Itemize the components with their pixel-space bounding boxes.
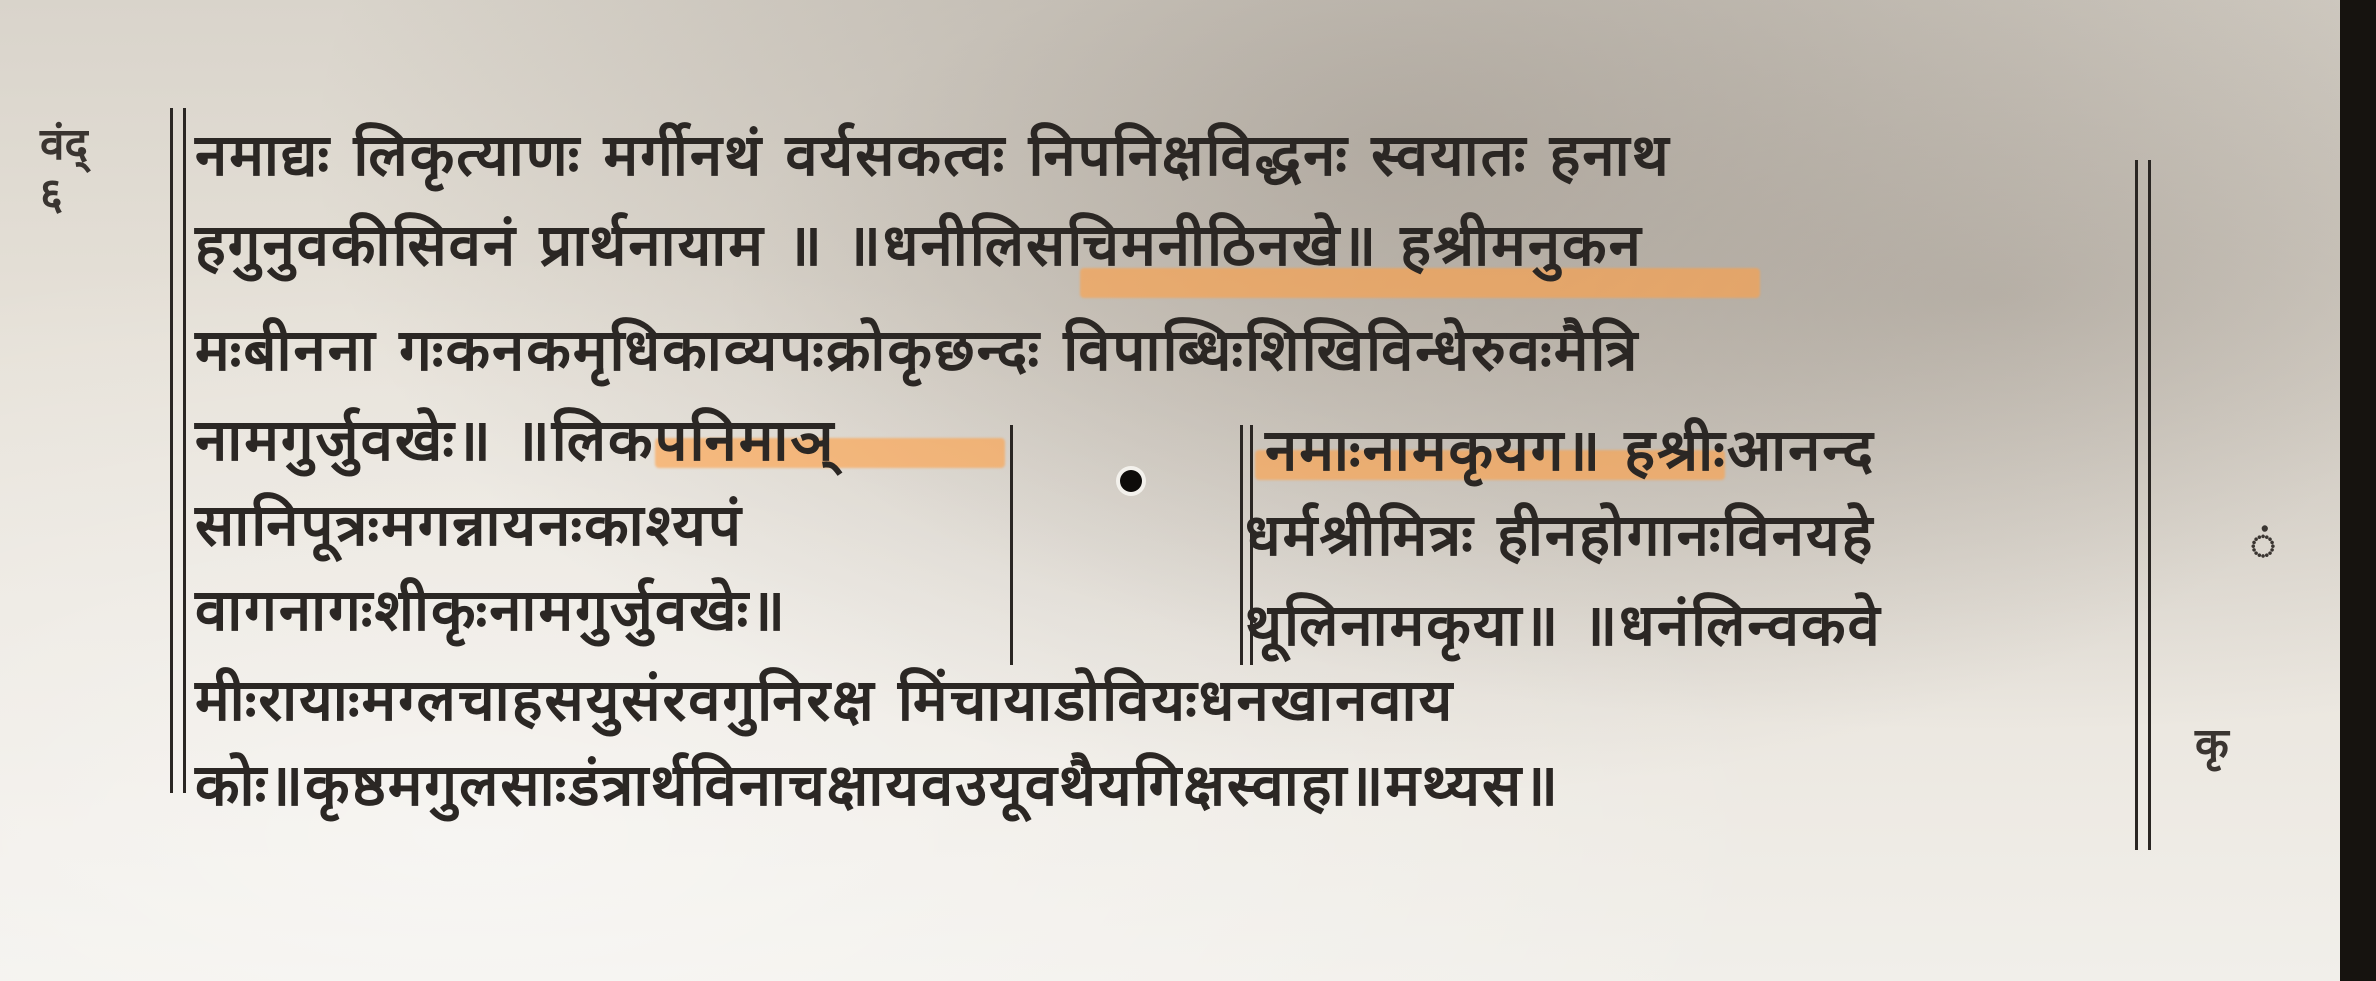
text-line-7: मीःरायाःमग्लचाहसयुसंरवगुनिरक्ष मिंचायाडो…	[195, 665, 1454, 735]
right-margin-note-bottom: कृ	[2195, 720, 2229, 770]
manuscript-page: वंद् ६ ं कृ नमाद्यः लिकृत्याणः मर्गीनथं …	[0, 0, 2340, 981]
punch-hole	[1120, 470, 1142, 492]
right-border-rule-inner	[2148, 160, 2151, 850]
text-line-5-right: धर्मश्रीमित्रः हीनहोगानःविनयहे	[1245, 500, 1874, 570]
left-border-rule-outer	[170, 108, 173, 793]
dark-background-edge	[2340, 0, 2376, 981]
right-border-rule-outer	[2135, 160, 2138, 850]
left-border-rule-inner	[183, 108, 186, 793]
text-line-5-left: सानिपूत्रःमगन्नायनःकाश्यपं	[195, 490, 743, 560]
text-line-2: हगुनुवकीसिवनं प्रार्थनायाम ॥ ॥धनीलिसचिमन…	[195, 210, 1643, 280]
left-margin-note-line2: ६	[40, 170, 88, 220]
left-margin-note: वंद् ६	[40, 120, 88, 220]
left-margin-note-line1: वंद्	[40, 120, 88, 170]
text-line-6-left: वागनागःशीकृःनामगुर्जुवखेः॥	[195, 575, 787, 645]
right-margin-note-top: ं	[2250, 520, 2276, 570]
text-line-6-right: थूलिनामकृया॥ ॥धनंलिन्वकवे	[1245, 590, 1882, 660]
text-line-3: मःबीनना गःकनकमृधिकाव्यपःक्रोकृछन्दः विपा…	[195, 315, 1639, 385]
center-box-left-rule	[1010, 425, 1013, 665]
text-line-8: कोः॥कृष्ठमगुलसाःडंत्रार्थविनाचक्षायवउयूव…	[195, 750, 1560, 820]
text-line-1: नमाद्यः लिकृत्याणः मर्गीनथं वर्यसकत्वः न…	[195, 120, 1671, 190]
center-box-right-rule	[1240, 425, 1243, 665]
text-line-4-left: नामगुर्जुवखेः॥ ॥लिकपनिमाञ्	[195, 405, 835, 475]
text-line-4-right: नमाःनामकृयग॥ हश्रीःआनन्द	[1265, 415, 1875, 485]
